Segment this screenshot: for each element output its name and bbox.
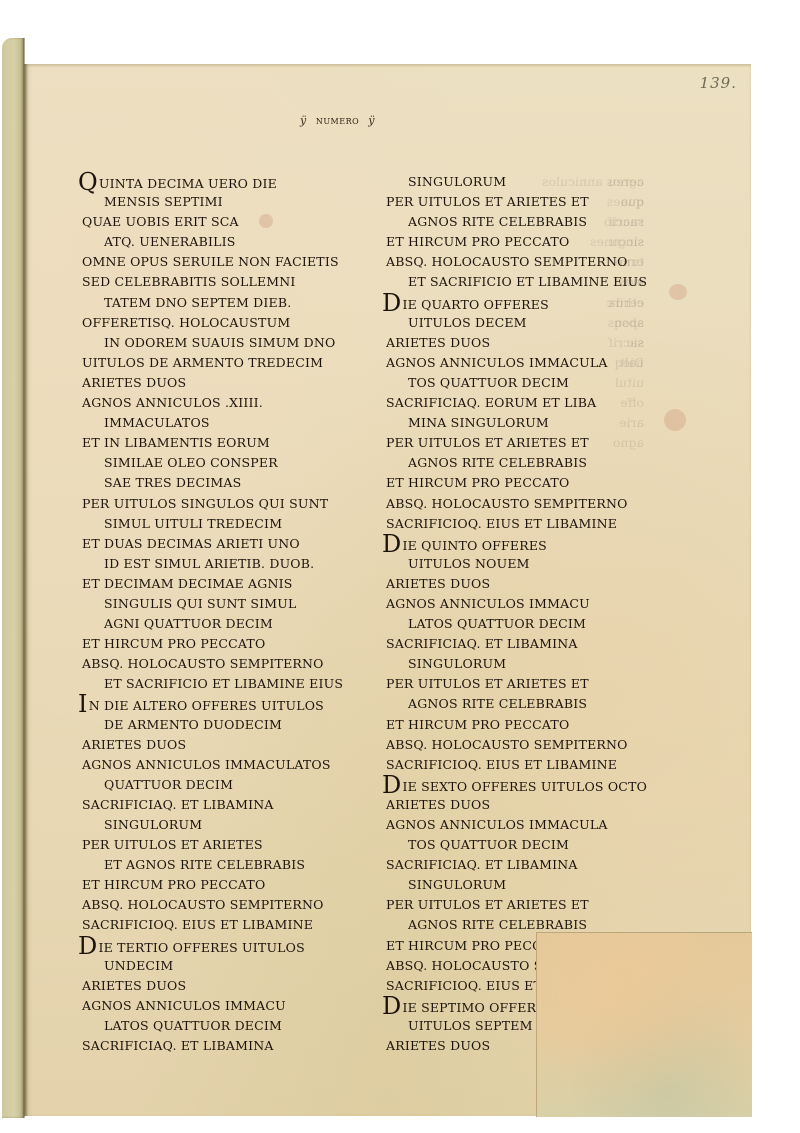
text-column-right: singulorumper uitulos et arietes etagnos… bbox=[386, 172, 686, 1056]
line-text: arietes duos bbox=[82, 737, 186, 752]
text-line: singulorum bbox=[386, 875, 686, 895]
text-line: arietes duos bbox=[82, 373, 382, 393]
line-text: de armento duodecim bbox=[104, 717, 282, 732]
text-line: absq. holocausto sempiterno bbox=[386, 494, 686, 514]
text-line: offeretisq. holocaustum bbox=[82, 313, 382, 333]
text-line: sacrificioq. eius et libamine bbox=[386, 755, 686, 775]
text-line: agnos anniculos immacula bbox=[386, 815, 686, 835]
line-text: arietes duos bbox=[386, 797, 490, 812]
folio-number: 139. bbox=[700, 74, 737, 92]
text-line: in odorem suauis simum dno bbox=[82, 333, 382, 353]
manuscript-leaf: 139. ÿ NUMERO ÿ cereuquaesrnaciosiccones… bbox=[24, 64, 751, 1116]
running-title-mark-right: ÿ bbox=[362, 114, 381, 127]
text-line: et sacrificio et libamine eius bbox=[386, 272, 686, 292]
text-line: arietes duos bbox=[82, 735, 382, 755]
text-line: uitulos de armento tredecim bbox=[82, 353, 382, 373]
line-text: atq. uenerabilis bbox=[104, 234, 236, 249]
text-line: mina singulorum bbox=[386, 413, 686, 433]
line-text: offeretisq. holocaustum bbox=[82, 315, 290, 330]
gutter-shadow bbox=[24, 64, 28, 1116]
text-line: et duas decimas arieti uno bbox=[82, 534, 382, 554]
line-text: singulorum bbox=[408, 656, 506, 671]
line-text: sacrificioq. eius et libamine bbox=[386, 516, 617, 531]
line-text: arietes duos bbox=[82, 375, 186, 390]
text-line: similae oleo consper bbox=[82, 453, 382, 473]
line-text: et hircum pro peccato bbox=[386, 717, 569, 732]
line-text: sacrificiaq. et libamina bbox=[386, 636, 578, 651]
text-line: agnos anniculos immaculatos bbox=[82, 755, 382, 775]
text-line: immaculatos bbox=[82, 413, 382, 433]
line-text: et sacrificio et libamine eius bbox=[104, 676, 343, 691]
line-text: agni quattuor decim bbox=[104, 616, 273, 631]
text-line: et agnos rite celebrabis bbox=[82, 855, 382, 875]
vellum-repair-patch bbox=[536, 932, 752, 1117]
line-text: ie quinto offeres bbox=[402, 538, 546, 553]
line-text: et sacrificio et libamine eius bbox=[408, 274, 647, 289]
line-text: tatem dno septem dieb. bbox=[104, 295, 291, 310]
line-text: agnos anniculos .xiiii. bbox=[82, 395, 263, 410]
line-text: agnos rite celebrabis bbox=[408, 455, 587, 470]
line-text: singulis qui sunt simul bbox=[104, 596, 297, 611]
line-text: et hircum pro peccato bbox=[386, 234, 569, 249]
line-text: agnos anniculos immacu bbox=[82, 998, 286, 1013]
line-text: per uitulos singulos qui sunt bbox=[82, 496, 328, 511]
text-line: uitulos decem bbox=[386, 313, 686, 333]
line-text: tos quattuor decim bbox=[408, 837, 569, 852]
line-text: per uitulos et arietes bbox=[82, 837, 263, 852]
text-line: Die quinto offeres bbox=[386, 534, 686, 554]
line-text: mina singulorum bbox=[408, 415, 549, 430]
line-text: agnos rite celebrabis bbox=[408, 214, 587, 229]
text-line: simul uituli tredecim bbox=[82, 514, 382, 534]
text-line: tos quattuor decim bbox=[386, 373, 686, 393]
text-line: tos quattuor decim bbox=[386, 835, 686, 855]
line-text: arietes duos bbox=[386, 1038, 490, 1053]
text-line: et in libamentis eorum bbox=[82, 433, 382, 453]
running-title-mark-left: ÿ bbox=[294, 114, 313, 127]
text-line: agnos anniculos immacu bbox=[82, 996, 382, 1016]
line-text: in odorem suauis simum dno bbox=[104, 335, 335, 350]
text-line: per uitulos singulos qui sunt bbox=[82, 494, 382, 514]
line-text: uitulos de armento tredecim bbox=[82, 355, 323, 370]
line-text: sacrificiaq. eorum et liba bbox=[386, 395, 596, 410]
text-line: agnos rite celebrabis bbox=[386, 694, 686, 714]
text-column-left: Quinta decima uero diemensis septimiquae… bbox=[82, 172, 382, 1056]
line-text: agnos anniculos immacu bbox=[386, 596, 590, 611]
text-line: agnos anniculos .xiiii. bbox=[82, 393, 382, 413]
initial-letter: Q bbox=[78, 174, 98, 190]
line-text: arietes duos bbox=[386, 576, 490, 591]
text-line: per uitulos et arietes et bbox=[386, 895, 686, 915]
text-line: et decimam decimae agnis bbox=[82, 574, 382, 594]
text-line: et hircum pro peccato bbox=[386, 232, 686, 252]
line-text: sacrificioq. eius et libamine bbox=[386, 757, 617, 772]
line-text: quattuor decim bbox=[104, 777, 233, 792]
text-line: per uitulos et arietes bbox=[82, 835, 382, 855]
text-line: omne opus seruile non facietis bbox=[82, 252, 382, 272]
line-text: et agnos rite celebrabis bbox=[104, 857, 305, 872]
line-text: et duas decimas arieti uno bbox=[82, 536, 300, 551]
line-text: agnos anniculos immacula bbox=[386, 355, 608, 370]
line-text: ie septimo offeres bbox=[402, 1000, 554, 1015]
text-line: uitulos nouem bbox=[386, 554, 686, 574]
text-line: latos quattuor decim bbox=[82, 1016, 382, 1036]
text-line: sae tres decimas bbox=[82, 473, 382, 493]
text-line: absq. holocausto sempiterno bbox=[82, 654, 382, 674]
line-text: quae uobis erit sca bbox=[82, 214, 239, 229]
text-line: singulorum bbox=[82, 815, 382, 835]
text-line: arietes duos bbox=[82, 976, 382, 996]
line-text: sacrificiaq. et libamina bbox=[82, 797, 274, 812]
line-text: uinta decima uero die bbox=[99, 176, 277, 191]
line-text: sed celebrabitis sollemni bbox=[82, 274, 296, 289]
line-text: sae tres decimas bbox=[104, 475, 241, 490]
line-text: ie tertio offeres uitulos bbox=[98, 940, 304, 955]
line-text: uitulos decem bbox=[408, 315, 527, 330]
line-text: n die altero offeres uitulos bbox=[89, 698, 324, 713]
line-text: agnos rite celebrabis bbox=[408, 917, 587, 932]
initial-letter: D bbox=[382, 998, 401, 1014]
text-line: sacrificiaq. eorum et liba bbox=[386, 393, 686, 413]
text-line: arietes duos bbox=[386, 795, 686, 815]
running-title: ÿ NUMERO ÿ bbox=[0, 114, 701, 127]
text-line: et hircum pro peccato bbox=[82, 875, 382, 895]
line-text: singulorum bbox=[408, 877, 506, 892]
text-line: Quinta decima uero die bbox=[82, 172, 382, 192]
line-text: id est simul arietib. duob. bbox=[104, 556, 314, 571]
line-text: tos quattuor decim bbox=[408, 375, 569, 390]
text-line: agnos rite celebrabis bbox=[386, 212, 686, 232]
line-text: uitulos nouem bbox=[408, 556, 530, 571]
line-text: agnos anniculos immaculatos bbox=[82, 757, 331, 772]
line-text: arietes duos bbox=[82, 978, 186, 993]
line-text: per uitulos et arietes et bbox=[386, 194, 589, 209]
text-line: latos quattuor decim bbox=[386, 614, 686, 634]
line-text: arietes duos bbox=[386, 335, 490, 350]
text-line: absq. holocausto sempiterno bbox=[386, 735, 686, 755]
line-text: absq. holocausto sempiterno bbox=[386, 737, 628, 752]
line-text: per uitulos et arietes et bbox=[386, 897, 589, 912]
text-line: Die tertio offeres uitulos bbox=[82, 936, 382, 956]
text-line: sacrificioq. eius et libamine bbox=[386, 514, 686, 534]
text-line: tatem dno septem dieb. bbox=[82, 293, 382, 313]
text-line: sacrificiaq. et libamina bbox=[82, 795, 382, 815]
line-text: uitulos septem bbox=[408, 1018, 533, 1033]
line-text: mensis septimi bbox=[104, 194, 223, 209]
line-text: singulorum bbox=[408, 174, 506, 189]
line-text: et hircum pro peccato bbox=[82, 636, 265, 651]
initial-letter: D bbox=[382, 536, 401, 552]
text-line: per uitulos et arietes et bbox=[386, 192, 686, 212]
line-text: agnos anniculos immacula bbox=[386, 817, 608, 832]
running-title-text: NUMERO bbox=[316, 117, 359, 126]
text-line: sacrificiaq. et libamina bbox=[386, 634, 686, 654]
line-text: absq. holocausto sempiterno bbox=[82, 897, 324, 912]
initial-letter: D bbox=[382, 295, 401, 311]
text-line: et hircum pro peccato bbox=[82, 634, 382, 654]
line-text: absq. holocausto sempiterno bbox=[386, 254, 628, 269]
text-line: agnos anniculos immacu bbox=[386, 594, 686, 614]
text-line: Die sexto offeres uitulos octo bbox=[386, 775, 686, 795]
text-line: id est simul arietib. duob. bbox=[82, 554, 382, 574]
text-line: singulorum bbox=[386, 172, 686, 192]
line-text: latos quattuor decim bbox=[408, 616, 586, 631]
line-text: sacrificiaq. et libamina bbox=[82, 1038, 274, 1053]
line-text: sacrificiaq. et libamina bbox=[386, 857, 578, 872]
line-text: singulorum bbox=[104, 817, 202, 832]
line-text: omne opus seruile non facietis bbox=[82, 254, 339, 269]
line-text: immaculatos bbox=[104, 415, 210, 430]
text-line: et hircum pro peccato bbox=[386, 715, 686, 735]
line-text: agnos rite celebrabis bbox=[408, 696, 587, 711]
text-line: et sacrificio et libamine eius bbox=[82, 674, 382, 694]
line-text: simul uituli tredecim bbox=[104, 516, 282, 531]
text-line: absq. holocausto sempiterno bbox=[82, 895, 382, 915]
text-line: Die quarto offeres bbox=[386, 293, 686, 313]
line-text: undecim bbox=[104, 958, 173, 973]
text-line: per uitulos et arietes et bbox=[386, 674, 686, 694]
text-line: agni quattuor decim bbox=[82, 614, 382, 634]
line-text: et decimam decimae agnis bbox=[82, 576, 293, 591]
line-text: similae oleo consper bbox=[104, 455, 278, 470]
text-line: arietes duos bbox=[386, 333, 686, 353]
text-line: agnos anniculos immacula bbox=[386, 353, 686, 373]
initial-letter: D bbox=[78, 938, 97, 954]
line-text: latos quattuor decim bbox=[104, 1018, 282, 1033]
line-text: ie quarto offeres bbox=[402, 297, 548, 312]
initial-letter: I bbox=[78, 696, 88, 712]
text-line: quattuor decim bbox=[82, 775, 382, 795]
text-line: sacrificiaq. et libamina bbox=[82, 1036, 382, 1056]
line-text: sacrificioq. eius et libamine bbox=[82, 917, 313, 932]
line-text: et in libamentis eorum bbox=[82, 435, 270, 450]
line-text: ie sexto offeres uitulos octo bbox=[402, 779, 647, 794]
line-text: absq. holocausto sempiterno bbox=[82, 656, 324, 671]
text-line: quae uobis erit sca bbox=[82, 212, 382, 232]
initial-letter: D bbox=[382, 777, 401, 793]
text-line: atq. uenerabilis bbox=[82, 232, 382, 252]
line-text: et hircum pro peccato bbox=[386, 475, 569, 490]
text-line: In die altero offeres uitulos bbox=[82, 694, 382, 714]
line-text: et hircum pro peccato bbox=[82, 877, 265, 892]
text-line: mensis septimi bbox=[82, 192, 382, 212]
text-line: singulis qui sunt simul bbox=[82, 594, 382, 614]
line-text: absq. holocausto sempiterno bbox=[386, 496, 628, 511]
text-line: de armento duodecim bbox=[82, 715, 382, 735]
text-line: sacrificiaq. et libamina bbox=[386, 855, 686, 875]
text-line: sacrificioq. eius et libamine bbox=[82, 915, 382, 935]
text-line: singulorum bbox=[386, 654, 686, 674]
text-line: undecim bbox=[82, 956, 382, 976]
text-line: per uitulos et arietes et bbox=[386, 433, 686, 453]
text-line: agnos rite celebrabis bbox=[386, 453, 686, 473]
line-text: per uitulos et arietes et bbox=[386, 435, 589, 450]
text-line: sed celebrabitis sollemni bbox=[82, 272, 382, 292]
preceding-leaf-stub bbox=[2, 38, 24, 1118]
text-line: absq. holocausto sempiterno bbox=[386, 252, 686, 272]
text-line: arietes duos bbox=[386, 574, 686, 594]
line-text: per uitulos et arietes et bbox=[386, 676, 589, 691]
text-line: et hircum pro peccato bbox=[386, 473, 686, 493]
